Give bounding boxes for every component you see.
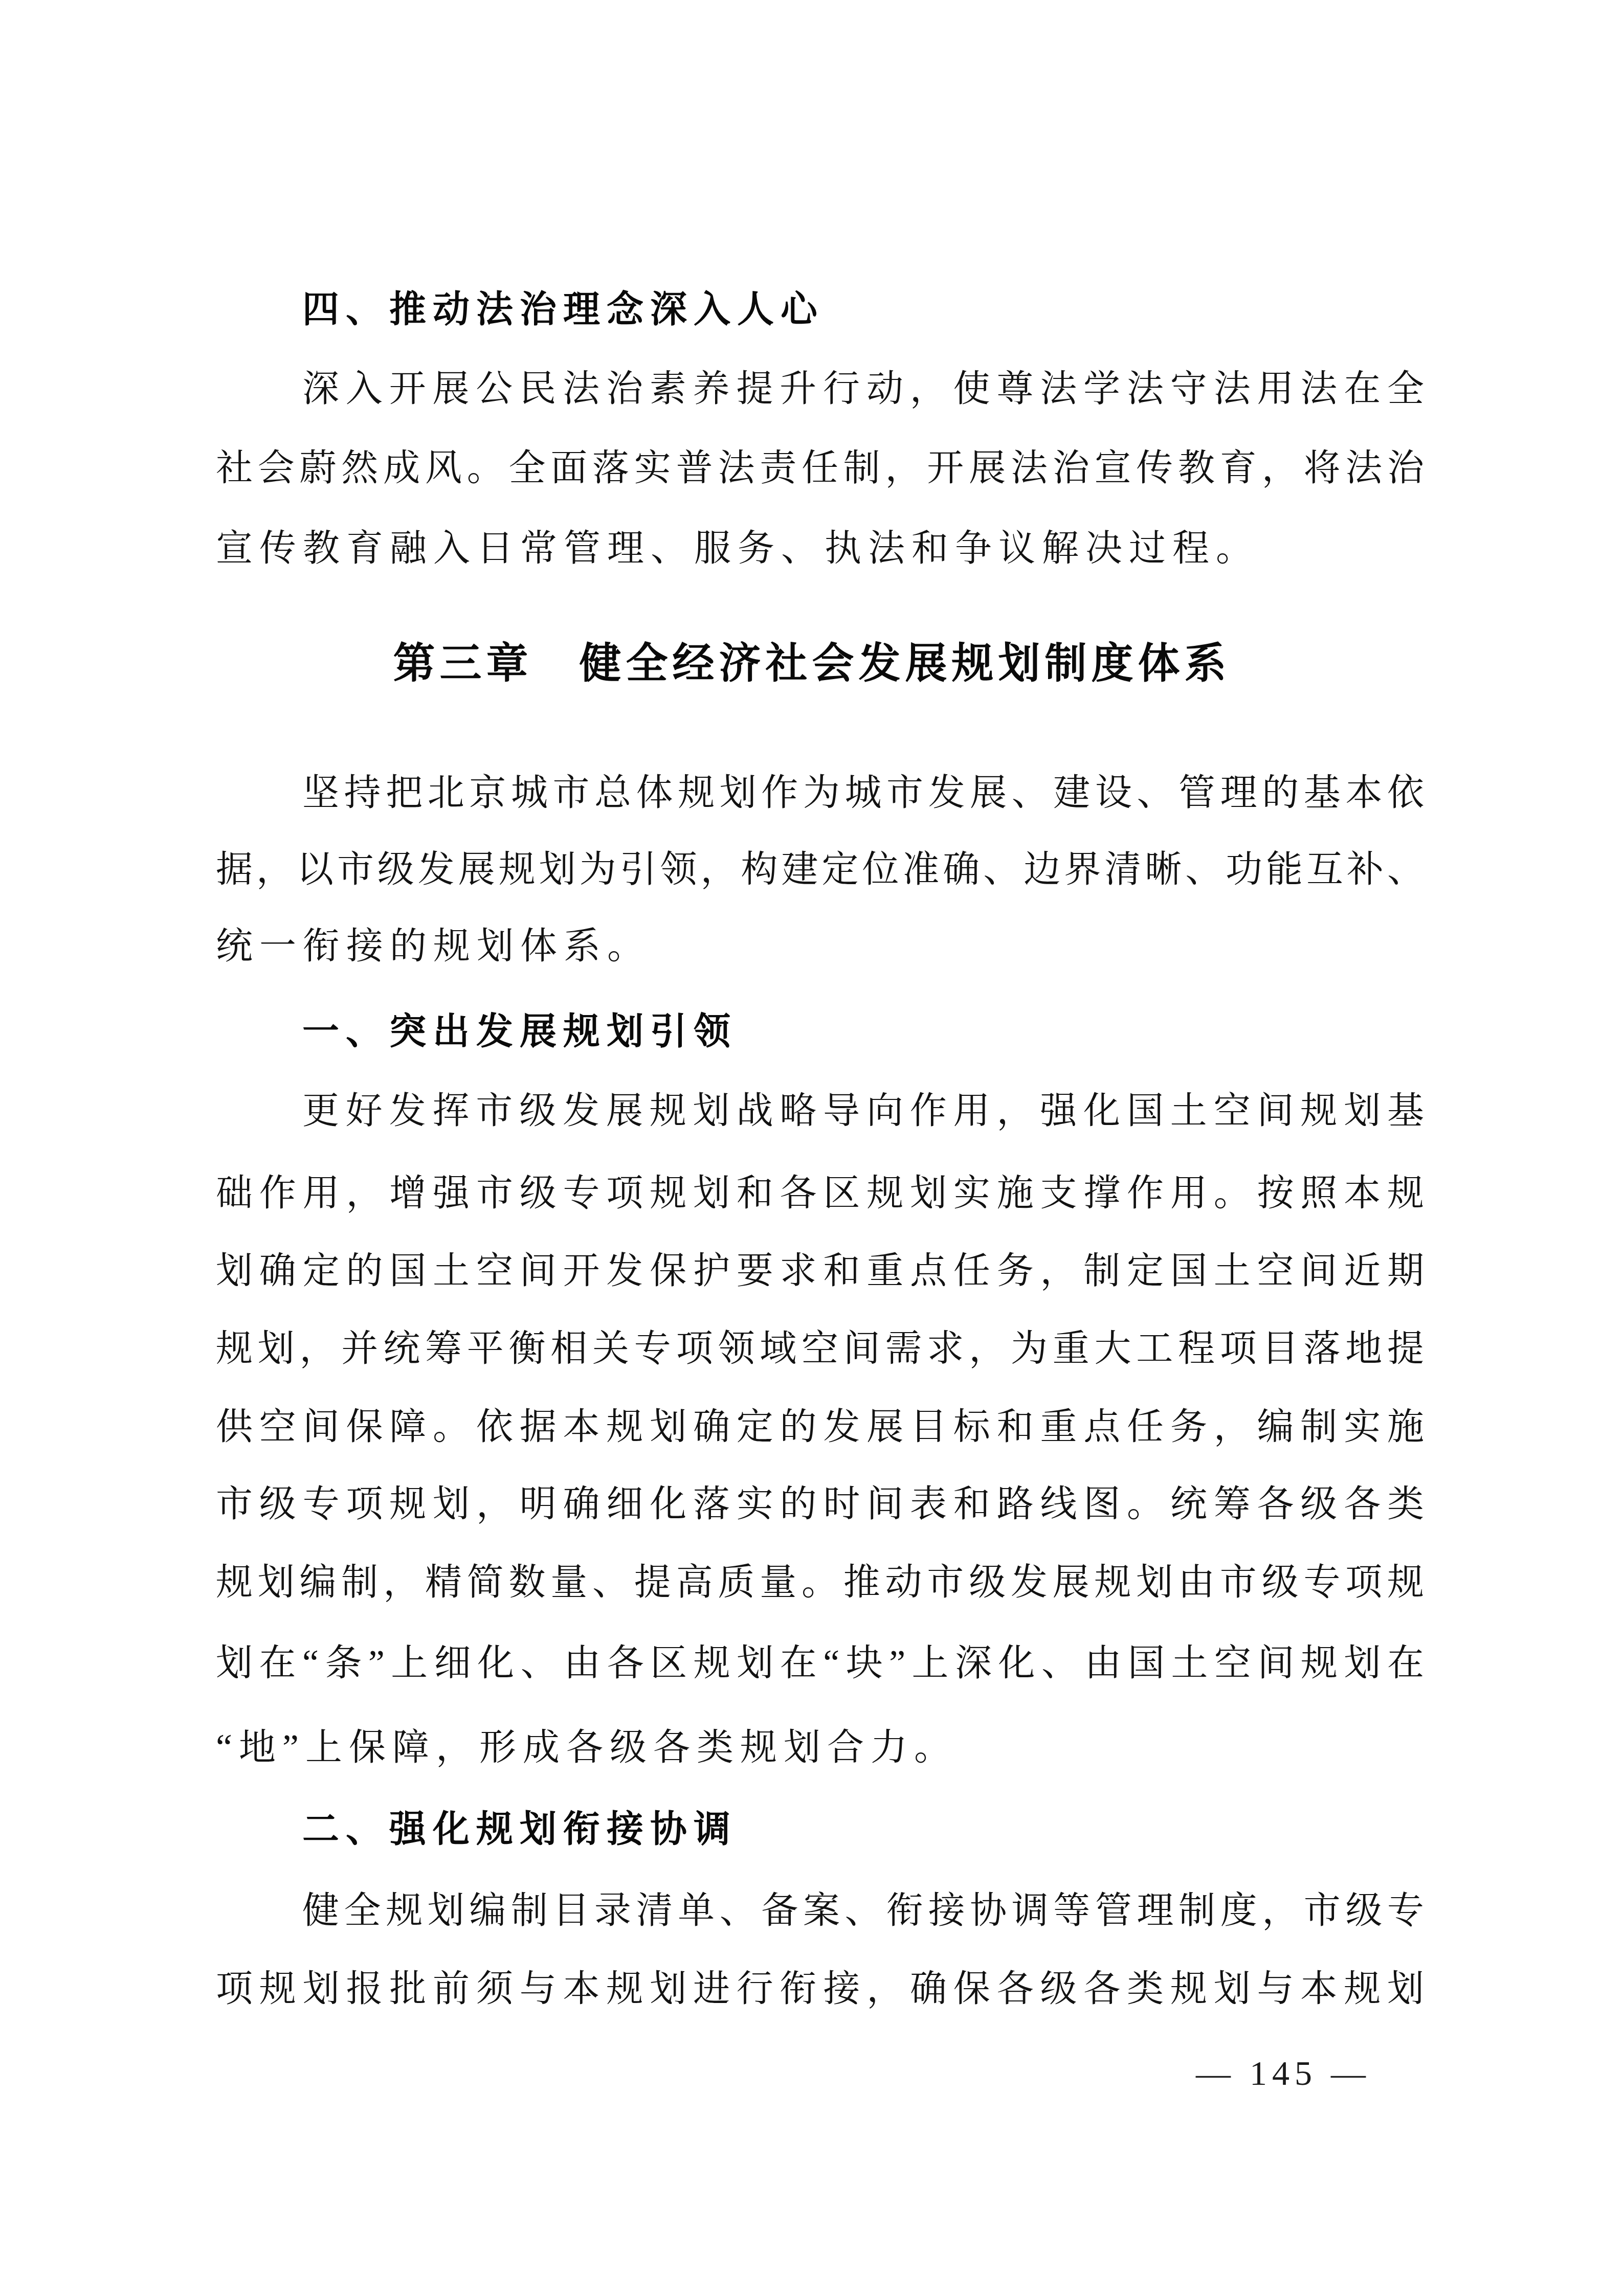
- paragraph-3-line-6: 市级专项规划，明确细化落实的时间表和路线图。统筹各级各类: [216, 1484, 1427, 1523]
- chapter-3-heading: 第三章 健全经济社会发展规划制度体系: [0, 641, 1624, 687]
- paragraph-4-line-2: 项规划报批前须与本规划进行衔接，确保各级各类规划与本规划: [216, 1969, 1427, 2008]
- paragraph-1-line-1: 深入开展公民法治素养提升行动，使尊法学法守法用法在全: [216, 369, 1427, 408]
- section-heading-2: 二、强化规划衔接协调: [216, 1809, 1427, 1850]
- paragraph-3-line-4: 规划，并统筹平衡相关专项领域空间需求，为重大工程项目落地提: [216, 1329, 1427, 1368]
- paragraph-4-line-1: 健全规划编制目录清单、备案、衔接协调等管理制度，市级专: [216, 1891, 1427, 1930]
- paragraph-2-line-3: 统一衔接的规划体系。: [216, 927, 1427, 965]
- paragraph-3-line-3: 划确定的国土空间开发保护要求和重点任务，制定国土空间近期: [216, 1251, 1427, 1290]
- paragraph-3-line-9: “地”上保障，形成各级各类规划合力。: [216, 1728, 1427, 1767]
- paragraph-1-line-2: 社会蔚然成风。全面落实普法责任制，开展法治宣传教育，将法治: [216, 448, 1427, 487]
- paragraph-2-line-1: 坚持把北京城市总体规划作为城市发展、建设、管理的基本依: [216, 773, 1427, 812]
- paragraph-3-line-8: 划在“条”上细化、由各区规划在“块”上深化、由国土空间规划在: [216, 1644, 1427, 1682]
- page-number-footer: — 145 —: [1196, 2053, 1371, 2094]
- paragraph-3-line-1: 更好发挥市级发展规划战略导向作用，强化国土空间规划基: [216, 1091, 1427, 1130]
- section-heading-4: 四、推动法治理念深入人心: [216, 289, 1427, 330]
- paragraph-2-line-2: 据，以市级发展规划为引领，构建定位准确、边界清晰、功能互补、: [216, 850, 1427, 889]
- paragraph-3-line-2: 础作用，增强市级专项规划和各区规划实施支撑作用。按照本规: [216, 1174, 1427, 1212]
- paragraph-3-line-5: 供空间保障。依据本规划确定的发展目标和重点任务，编制实施: [216, 1407, 1427, 1446]
- document-page: 四、推动法治理念深入人心 深入开展公民法治素养提升行动，使尊法学法守法用法在全 …: [0, 0, 1624, 2296]
- paragraph-3-line-7: 规划编制，精简数量、提高质量。推动市级发展规划由市级专项规: [216, 1563, 1427, 1602]
- section-heading-1: 一、突出发展规划引领: [216, 1011, 1427, 1052]
- paragraph-1-line-3: 宣传教育融入日常管理、服务、执法和争议解决过程。: [216, 529, 1427, 568]
